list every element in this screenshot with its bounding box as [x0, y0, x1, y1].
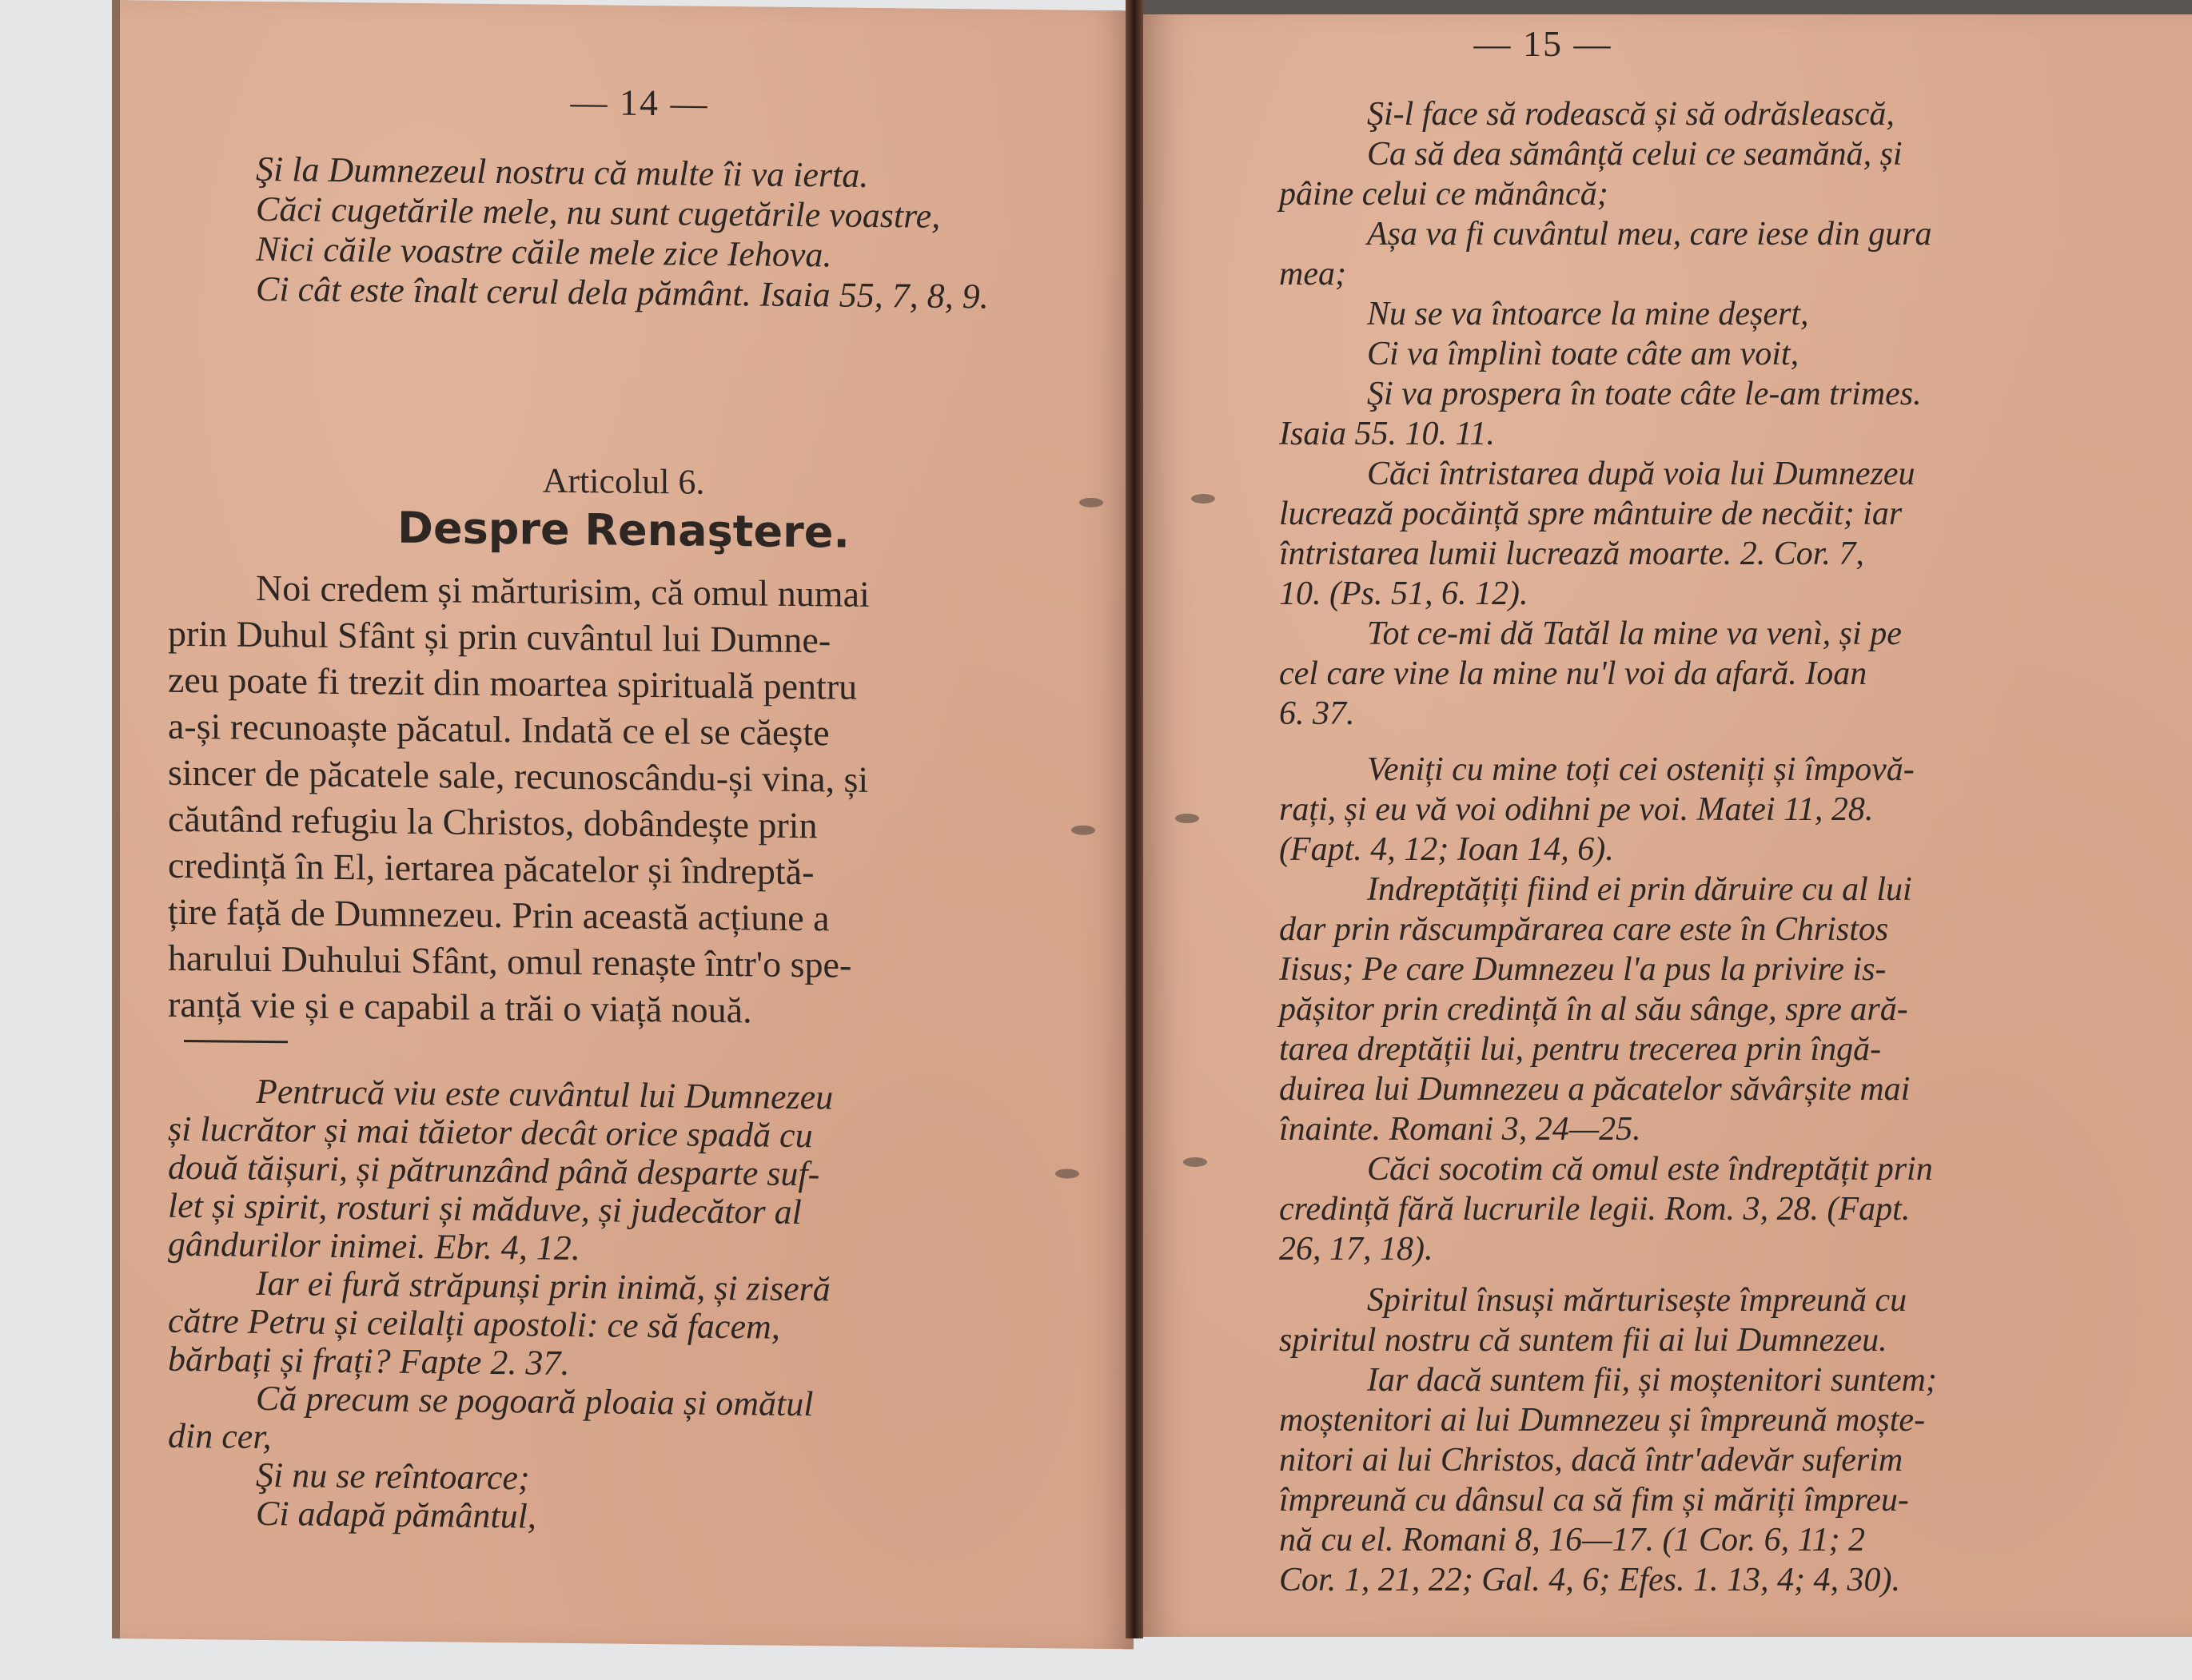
text-line: Veniți cu mine toți cei osteniți și împo… — [1279, 750, 2158, 790]
book-spine — [1126, 0, 1143, 1638]
text-line: Căci socotim că omul este îndreptățit pr… — [1279, 1149, 2158, 1189]
text-line: Iar dacă suntem fii, și moștenitori sunt… — [1279, 1360, 2158, 1400]
left-page: — 14 — Şi la Dumnezeul nostru că multe î… — [112, 0, 1134, 1649]
article-title: Despre Renaştere. — [344, 502, 903, 558]
footnote-divider — [184, 1040, 288, 1043]
text-line: Ca să dea sămânță celui ce seamănă, și — [1279, 134, 2158, 174]
staple-hole — [1191, 494, 1215, 504]
text-line: 26, 17, 18). — [1279, 1229, 2158, 1269]
text-line: Așa va fi cuvântul meu, care iese din gu… — [1279, 214, 2158, 254]
text-line: Cor. 1, 21, 22; Gal. 4, 6; Efes. 1. 13, … — [1279, 1560, 2158, 1600]
staple-hole — [1055, 1168, 1079, 1178]
staple-hole — [1183, 1157, 1207, 1167]
text-line: spiritul nostru că suntem fii ai lui Dum… — [1279, 1320, 2158, 1360]
text-line: (Fapt. 4, 12; Ioan 14, 6). — [1279, 830, 2158, 870]
text-line: Indreptățiți fiind ei prin dăruire cu al… — [1279, 870, 2158, 910]
staple-hole — [1175, 814, 1199, 823]
text-line: cel care vine la mine nu'l voi da afară.… — [1279, 654, 2158, 694]
text-line: tarea dreptății lui, pentru trecerea pri… — [1279, 1029, 2158, 1069]
text-line: Isaia 55. 10. 11. — [1279, 414, 2158, 454]
left-verses-top: Şi la Dumnezeul nostru că multe îi va ie… — [168, 149, 1031, 317]
article-label: Articolul 6. — [424, 459, 823, 504]
staple-hole — [1071, 826, 1095, 835]
verse-line: Ci cât este înalt cerul dela pământ. Isa… — [168, 269, 1031, 317]
text-line: moștenitori ai lui Dumnezeu și împreună … — [1279, 1400, 2158, 1440]
text-line: Şi-l face să rodească și să odrăslească, — [1279, 94, 2158, 134]
text-line: Căci întristarea după voia lui Dumnezeu — [1279, 454, 2158, 494]
text-line: rați, și eu vă voi odihni pe voi. Matei … — [1279, 790, 2158, 830]
footnote-line: Ci adapă pământul, — [168, 1494, 1031, 1541]
footnote-verses: Pentrucă viu este cuvântul lui Dumnezeu … — [168, 1072, 1031, 1541]
text-line: mea; — [1279, 254, 2158, 294]
right-page-text: Şi-l face să rodească și să odrăslească,… — [1279, 94, 2158, 1600]
text-line: credință fără lucrurile legii. Rom. 3, 2… — [1279, 1189, 2158, 1229]
page-number-left: — 14 — — [520, 80, 759, 125]
text-line: Nu se va întoarce la mine deșert, — [1279, 294, 2158, 334]
text-line: întristarea lumii lucrează moarte. 2. Co… — [1279, 534, 2158, 574]
text-line: Spiritul însuși mărturisește împreună cu — [1279, 1280, 2158, 1320]
open-booklet: — 14 — Şi la Dumnezeul nostru că multe î… — [112, 0, 2192, 1680]
text-line: dar prin răscumpărarea care este în Chri… — [1279, 910, 2158, 949]
text-line: înainte. Romani 3, 24—25. — [1279, 1109, 2158, 1149]
text-line: nă cu el. Romani 8, 16—17. (1 Cor. 6, 11… — [1279, 1520, 2158, 1560]
text-line: Iisus; Pe care Dumnezeu l'a pus la privi… — [1279, 949, 2158, 989]
text-line: lucrează pocăință spre mântuire de necăi… — [1279, 494, 2158, 534]
text-line: Ci va împlinì toate câte am voit, — [1279, 334, 2158, 374]
text-line: pâine celui ce mănâncă; — [1279, 174, 2158, 214]
text-line: Şi va prospera în toate câte le-am trime… — [1279, 374, 2158, 414]
text-line: pășitor prin credință în al său sânge, s… — [1279, 989, 2158, 1029]
text-line: Tot ce-mi dă Tatăl la mine va venì, și p… — [1279, 614, 2158, 654]
text-line: 6. 37. — [1279, 694, 2158, 734]
text-line: nitori ai lui Christos, dacă într'adevăr… — [1279, 1440, 2158, 1480]
right-page: — 15 — Şi-l face să rodească și să odrăs… — [1143, 14, 2192, 1637]
page-edge-shadow — [1143, 0, 2192, 16]
staple-hole — [1079, 498, 1103, 508]
page-number-right: — 15 — — [1423, 22, 1663, 65]
text-line: duirea lui Dumnezeu a păcatelor săvârșit… — [1279, 1069, 2158, 1109]
body-line: ranță vie și e capabil a trăi o viață no… — [168, 981, 1031, 1037]
text-line: 10. (Ps. 51, 6. 12). — [1279, 574, 2158, 614]
text-line: împreună cu dânsul ca să fim și măriți î… — [1279, 1480, 2158, 1520]
article-body: Noi credem și mărturisim, că omul numai … — [168, 564, 1031, 1037]
